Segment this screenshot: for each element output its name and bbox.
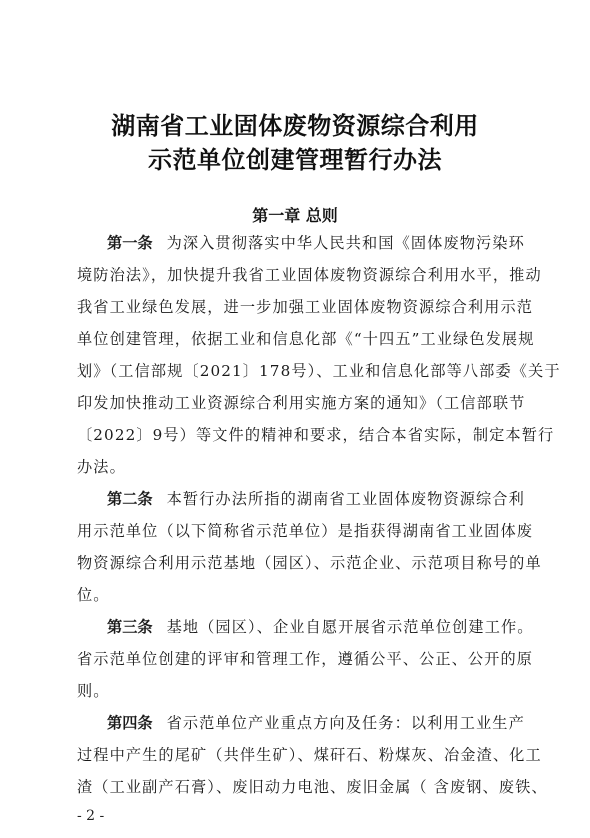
article-1-line-3: 我省工业绿色发展，进一步加强工业固体废物资源综合利用示范	[77, 296, 517, 318]
article-3-line-1: 第三条基地（园区）、企业自愿开展省示范单位创建工作。	[107, 616, 517, 638]
document-title-line-1: 湖南省工业固体废物资源综合利用	[0, 106, 590, 141]
page-number: - 2 -	[77, 808, 104, 824]
article-2-line-4: 位。	[77, 584, 517, 606]
article-1-line-5: 划》（工信部规〔2021〕178号）、工业和信息化部等八部委《关于	[77, 360, 517, 382]
article-3-line-2: 省示范单位创建的评审和管理工作，遵循公平、公正、公开的原	[77, 648, 517, 670]
article-1-line-1: 第一条为深入贯彻落实中华人民共和国《固体废物污染环	[107, 232, 517, 254]
article-4-label: 第四条	[107, 714, 153, 732]
article-4-line-1: 第四条省示范单位产业重点方向及任务：以利用工业生产	[107, 712, 517, 734]
article-3-line-3: 则。	[77, 680, 517, 702]
document-title-line-2: 示范单位创建管理暂行办法	[0, 140, 590, 175]
chapter-heading: 第一章 总则	[0, 203, 590, 226]
article-2-label: 第二条	[107, 490, 153, 508]
article-4-line-3: 渣（工业副产石膏）、废旧动力电池、废旧金属（ 含废钢、废铁、	[77, 776, 517, 798]
article-2-line-1: 第二条本暂行办法所指的湖南省工业固体废物资源综合利	[107, 488, 517, 510]
article-1-line-4: 单位创建管理，依据工业和信息化部《“十四五”工业绿色发展规	[77, 328, 517, 350]
article-4-line-2: 过程中产生的尾矿（共伴生矿）、煤矸石、粉煤灰、冶金渣、化工	[77, 744, 517, 766]
article-1-label: 第一条	[107, 234, 153, 252]
article-2-line-3: 物资源综合利用示范基地（园区）、示范企业、示范项目称号的单	[77, 552, 517, 574]
article-1-line-2: 境防治法》，加快提升我省工业固体废物资源综合利用水平，推动	[77, 264, 517, 286]
article-2-line-2: 用示范单位（以下简称省示范单位）是指获得湖南省工业固体废	[77, 520, 517, 542]
article-1-line-7: 〔2022〕9号）等文件的精神和要求，结合本省实际，制定本暂行	[77, 424, 517, 446]
article-3-label: 第三条	[107, 618, 153, 636]
article-1-line-8: 办法。	[77, 456, 517, 478]
article-1-line-6: 印发加快推动工业资源综合利用实施方案的通知》（工信部联节	[77, 392, 517, 414]
